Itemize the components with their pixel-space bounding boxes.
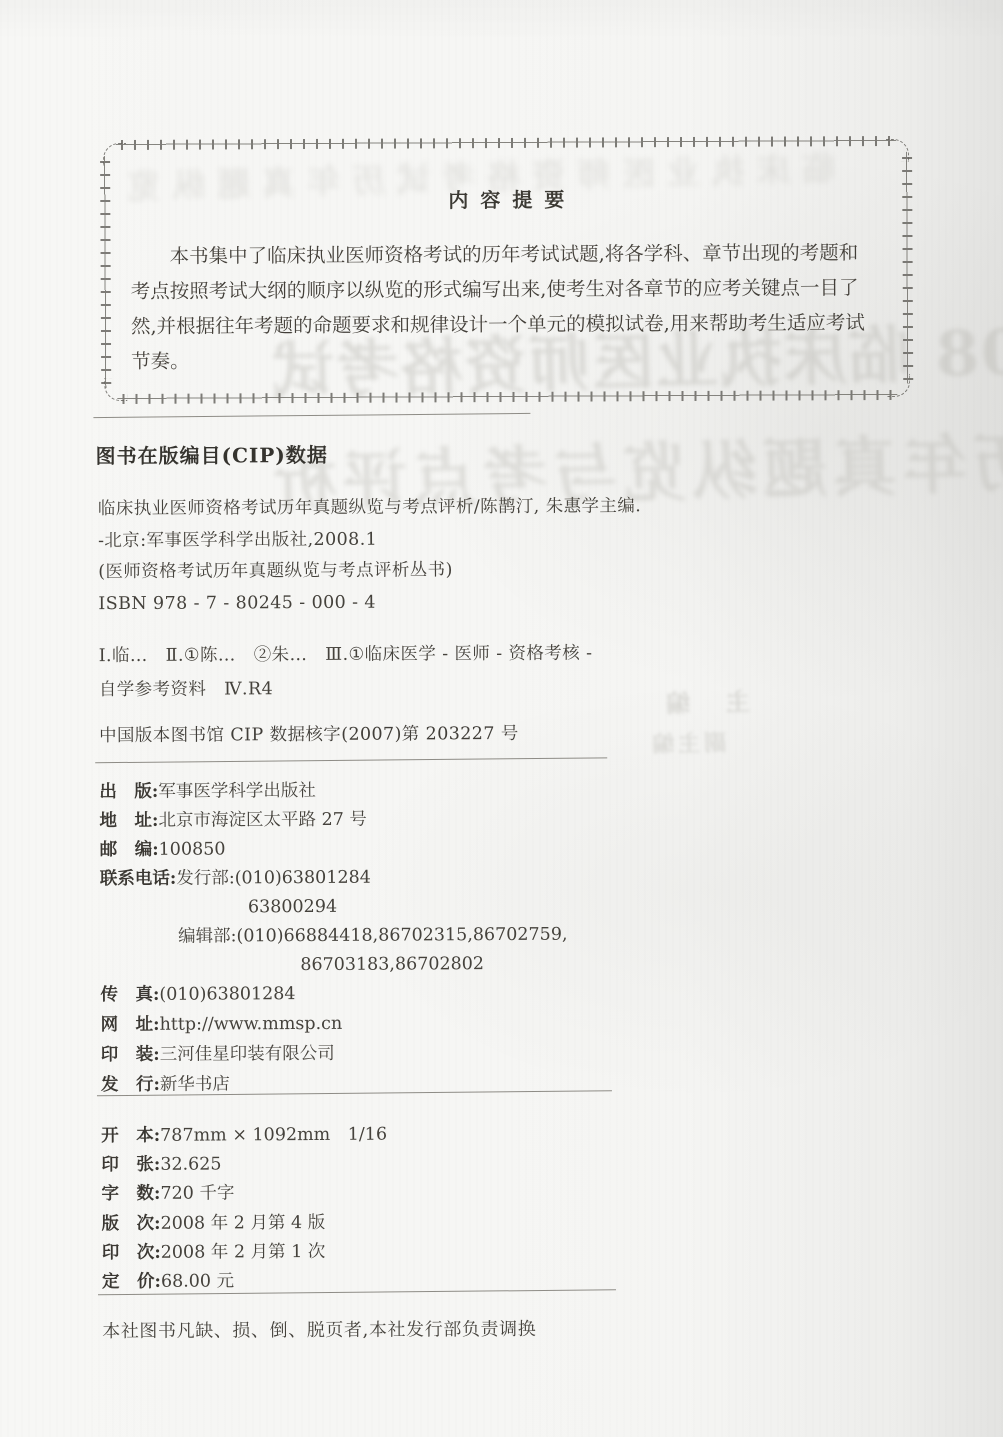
divider-rule-1	[93, 413, 530, 418]
info-row: 印 装:三河佳星印装有限公司	[101, 1039, 343, 1070]
page-sheet: 临床执业医师资格考试历年真题纵览 2008 临床执业医师资格考试 历年真题纵览与…	[0, 0, 1003, 1437]
publication-info-block: 出 版:军事医学科学出版社地 址:北京市海淀区太平路 27 号邮 编:10085…	[99, 776, 567, 981]
summary-title: 内容提要	[100, 182, 912, 215]
cip-registry-number: 中国版本图书馆 CIP 数据核字(2007)第 203227 号	[99, 720, 519, 747]
box-corner	[104, 378, 127, 401]
info-row: 邮 编:100850	[100, 834, 568, 865]
cip-description-block: 临床执业医师资格考试历年真题纵览与考点评析/陈鹊汀, 朱惠学主编.-北京:军事医…	[98, 491, 642, 620]
ghost-text-deputy-editor: 副主编	[648, 726, 727, 759]
row-value: Ⅰ.临… Ⅱ.①陈… ②朱… Ⅲ.①临床医学 - 医师 - 资格考核 -	[99, 644, 593, 667]
divider-rule-2	[95, 757, 607, 763]
box-border-top	[116, 136, 896, 150]
row-value: (010)63801284	[159, 984, 295, 1005]
info-row: 出 版:军事医学科学出版社	[99, 776, 567, 807]
row-label: 开 本:	[101, 1126, 160, 1146]
row-value: ISBN 978 - 7 - 80245 - 000 - 4	[98, 592, 376, 613]
row-value: 2008 年 2 月第 1 次	[161, 1242, 326, 1263]
row-value: 2008 年 2 月第 4 版	[161, 1213, 326, 1234]
row-value: 军事医学科学出版社	[158, 781, 316, 802]
info-row: 定 价:68.00 元	[102, 1267, 388, 1298]
row-label: 版 次:	[102, 1213, 161, 1233]
info-row: 联系电话:发行部:(010)63801284	[100, 863, 568, 894]
row-label: 网 址:	[101, 1015, 160, 1035]
info-row: 网 址:http://www.mmsp.cn	[101, 1009, 343, 1040]
info-row: ISBN 978 - 7 - 80245 - 000 - 4	[98, 586, 641, 620]
row-value: 720 千字	[160, 1184, 234, 1204]
row-value: 63800294	[248, 897, 337, 917]
book-copyright-page: 临床执业医师资格考试历年真题纵览 2008 临床执业医师资格考试 历年真题纵览与…	[0, 0, 1003, 1437]
info-row: 临床执业医师资格考试历年真题纵览与考点评析/陈鹊汀, 朱惠学主编.	[98, 491, 641, 525]
row-label: 出 版:	[99, 782, 158, 802]
row-label: 定 价:	[102, 1272, 161, 1292]
info-row: 86703183,86702802	[100, 950, 568, 981]
row-value: 自学参考资料 Ⅳ.R4	[99, 679, 273, 700]
info-row: 印 次:2008 年 2 月第 1 次	[102, 1237, 388, 1268]
footer-note: 本社图书凡缺、损、倒、脱页者,本社发行部负责调换	[102, 1315, 536, 1343]
info-row: 发 行:新华书店	[101, 1069, 343, 1100]
info-row: (医师资格考试历年真题纵览与考点评析丛书)	[98, 554, 641, 588]
row-value: (医师资格考试历年真题纵览与考点评析丛书)	[98, 560, 453, 582]
contact-info-block: 传 真:(010)63801284网 址:http://www.mmsp.cn印…	[100, 979, 342, 1100]
row-label: 发 行:	[101, 1075, 160, 1095]
box-border-bottom	[117, 390, 897, 404]
row-label: 传 真:	[100, 985, 159, 1005]
info-row: -北京:军事医学科学出版社,2008.1	[98, 523, 641, 557]
row-label: 联系电话:	[100, 869, 177, 889]
row-value: 临床执业医师资格考试历年真题纵览与考点评析/陈鹊汀, 朱惠学主编.	[98, 496, 641, 519]
row-value: 新华书店	[160, 1074, 230, 1094]
cip-classification-block: Ⅰ.临… Ⅱ.①陈… ②朱… Ⅲ.①临床医学 - 医师 - 资格考核 -自学参考…	[99, 637, 593, 708]
info-row: 自学参考资料 Ⅳ.R4	[99, 671, 593, 708]
row-label: 邮 编:	[100, 840, 159, 860]
row-value: 787mm × 1092mm 1/16	[160, 1125, 387, 1146]
ghost-text-editor: 主 编	[659, 682, 750, 719]
row-value: 32.625	[160, 1155, 221, 1175]
info-row: 编辑部:(010)66884418,86702315,86702759,	[100, 921, 568, 952]
row-value: 100850	[159, 839, 226, 859]
info-row: 字 数:720 千字	[101, 1179, 387, 1210]
info-row: 63800294	[100, 892, 568, 923]
row-value: 三河佳星印装有限公司	[160, 1044, 335, 1065]
row-value: http://www.mmsp.cn	[160, 1014, 343, 1035]
row-value: 发行部:(010)63801284	[176, 868, 371, 889]
box-corner	[103, 143, 126, 166]
row-value: -北京:军事医学科学出版社,2008.1	[98, 529, 377, 550]
info-row: 开 本:787mm × 1092mm 1/16	[101, 1121, 387, 1152]
row-label: 印 张:	[101, 1155, 160, 1175]
box-corner	[887, 374, 910, 397]
cip-heading: 图书在版编目(CIP)数据	[96, 439, 328, 469]
row-value: 68.00 元	[161, 1271, 234, 1291]
box-corner	[886, 139, 909, 162]
row-label: 印 装:	[101, 1045, 160, 1065]
info-row: Ⅰ.临… Ⅱ.①陈… ②朱… Ⅲ.①临床医学 - 医师 - 资格考核 -	[99, 637, 593, 674]
row-value: 北京市海淀区太平路 27 号	[158, 810, 367, 831]
info-row: 传 真:(010)63801284	[100, 979, 342, 1010]
summary-body: 本书集中了临床执业医师资格考试的历年考试试题,将各学科、章节出现的考题和考点按照…	[130, 235, 872, 379]
content-summary-box: 内容提要 本书集中了临床执业医师资格考试的历年考试试题,将各学科、章节出现的考题…	[100, 136, 913, 404]
info-row: 印 张:32.625	[101, 1150, 387, 1181]
row-value: 编辑部:(010)66884418,86702315,86702759,	[178, 925, 567, 947]
row-value: 86703183,86702802	[300, 954, 484, 975]
info-row: 地 址:北京市海淀区太平路 27 号	[99, 805, 567, 836]
row-label: 印 次:	[102, 1243, 161, 1263]
info-row: 版 次:2008 年 2 月第 4 版	[102, 1208, 388, 1239]
row-label: 地 址:	[99, 811, 158, 831]
spec-info-block: 开 本:787mm × 1092mm 1/16印 张:32.625字 数:720…	[101, 1121, 388, 1298]
row-label: 字 数:	[101, 1184, 160, 1204]
